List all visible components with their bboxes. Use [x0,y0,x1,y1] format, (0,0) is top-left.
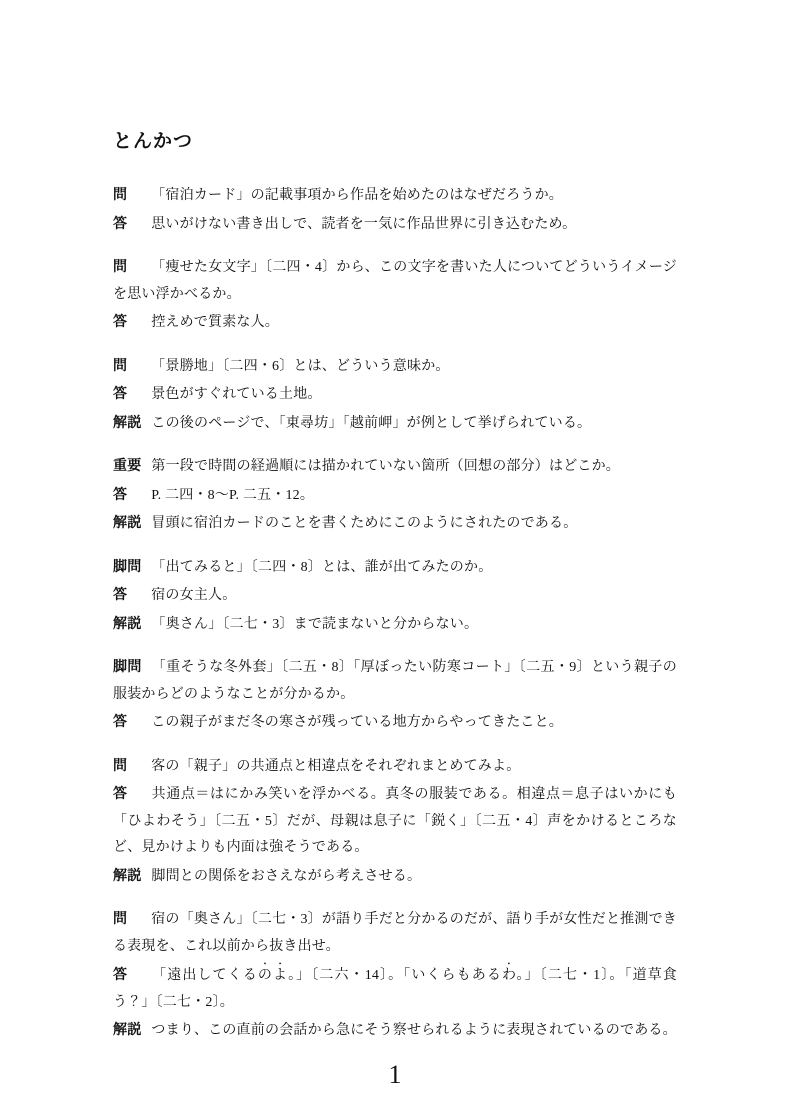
plain-text: 思いがけない書き出しで、読者を一気に作品世界に引き込むため。 [151,217,576,232]
plain-text: つまり、この直前の会話から急にそう察せられるように表現されているのである。 [151,1023,676,1038]
qa-item-label: 問 [113,910,127,926]
qa-item-label: 解説 [113,1021,141,1037]
qa-section: 問客の「親子」の共通点と相違点をそれぞれまとめてみよ。答共通点＝はにかみ笑いを浮… [113,752,677,891]
plain-text: 。」〔二六・14〕。「いくらもある [288,968,502,983]
qa-item-text: P. 二四・8〜P. 二五・12。 [151,488,314,503]
qa-item: 重要第一段で時間の経過順には描かれていない箇所（回想の部分）はどこか。 [113,452,677,481]
qa-item-label: 答 [113,966,128,982]
qa-item-text: つまり、この直前の会話から急にそう察せられるように表現されているのである。 [151,1023,676,1038]
qa-item-label: 答 [113,586,127,602]
plain-text: この後のページで、「東尋坊」「越前岬」が例として挙げられている。 [151,416,591,431]
qa-item: 解説「奥さん」〔二七・3〕まで読まないと分からない。 [113,610,677,639]
qa-item-text: 客の「親子」の共通点と相違点をそれぞれまとめてみよ。 [151,759,520,774]
qa-item-label: 答 [113,785,128,801]
plain-text: 景色がすぐれている土地。 [151,387,321,402]
plain-text: 「痩せた女文字」〔二四・4〕から、この文字を書いた人についてどういうイメージを思… [113,260,677,302]
qa-item: 解説この後のページで、「東尋坊」「越前岬」が例として挙げられている。 [113,409,677,438]
qa-item-label: 脚問 [113,558,141,574]
plain-text: 控えめで質素な人。 [151,315,279,330]
qa-item-text: 脚問との関係をおさえながら考えさせる。 [151,869,421,884]
qa-item-text: 宿の「奥さん」〔二七・3〕が語り手だと分かるのだが、語り手が女性だと推測できる表… [113,912,677,954]
page-number: 1 [113,1060,677,1090]
plain-text: 「出てみると」〔二四・8〕とは、誰が出てみたのか。 [151,560,492,575]
qa-item: 答景色がすぐれている土地。 [113,380,677,409]
qa-item: 問「痩せた女文字」〔二四・4〕から、この文字を書いた人についてどういうイメージを… [113,253,677,308]
qa-item: 問「宿泊カード」の記載事項から作品を始めたのはなぜだろうか。 [113,181,677,210]
qa-item-text: 思いがけない書き出しで、読者を一気に作品世界に引き込むため。 [151,217,576,232]
qa-item: 解説冒頭に宿泊カードのことを書くためにこのようにされたのである。 [113,509,677,538]
qa-section: 問「痩せた女文字」〔二四・4〕から、この文字を書いた人についてどういうイメージを… [113,253,677,337]
qa-item-label: 問 [113,357,127,373]
qa-item: 問宿の「奥さん」〔二七・3〕が語り手だと分かるのだが、語り手が女性だと推測できる… [113,905,677,960]
qa-item-text: 第一段で時間の経過順には描かれていない箇所（回想の部分）はどこか。 [151,459,620,474]
qa-sections: 問「宿泊カード」の記載事項から作品を始めたのはなぜだろうか。答思いがけない書き出… [113,181,677,1045]
plain-text: 宿の「奥さん」〔二七・3〕が語り手だと分かるのだが、語り手が女性だと推測できる表… [113,912,677,954]
emphasis-dotted-text: のよ [258,968,288,983]
qa-section: 問宿の「奥さん」〔二七・3〕が語り手だと分かるのだが、語り手が女性だと推測できる… [113,905,677,1045]
qa-item: 脚問「重そうな冬外套」〔二五・8〕「厚ぼったい防寒コート」〔二五・9〕という親子… [113,653,677,708]
qa-item-label: 重要 [113,457,141,473]
qa-item: 答思いがけない書き出しで、読者を一気に作品世界に引き込むため。 [113,210,677,239]
qa-item-label: 解説 [113,867,141,883]
qa-item-text: この親子がまだ冬の寒さが残っている地方からやってきたこと。 [151,715,563,730]
plain-text: 脚問との関係をおさえながら考えさせる。 [151,869,421,884]
qa-item-label: 答 [113,313,127,329]
qa-item-label: 脚問 [113,658,142,674]
qa-item-text: この後のページで、「東尋坊」「越前岬」が例として挙げられている。 [151,416,591,431]
qa-item-text: 「重そうな冬外套」〔二五・8〕「厚ぼったい防寒コート」〔二五・9〕という親子の服… [113,660,677,702]
qa-item-text: 控えめで質素な人。 [151,315,279,330]
qa-item-text: 冒頭に宿泊カードのことを書くためにこのようにされたのである。 [151,516,577,531]
qa-item: 答「遠出してくるのよ。」〔二六・14〕。「いくらもあるわ。」〔二七・1〕。「道草… [113,960,677,1016]
qa-section: 問「景勝地」〔二四・6〕とは、どういう意味か。答景色がすぐれている土地。解説この… [113,352,677,438]
qa-item-label: 問 [113,258,127,274]
plain-text: 冒頭に宿泊カードのことを書くためにこのようにされたのである。 [151,516,577,531]
qa-item-label: 解説 [113,414,141,430]
plain-text: 「重そうな冬外套」〔二五・8〕「厚ぼったい防寒コート」〔二五・9〕という親子の服… [113,660,677,702]
qa-item: 問客の「親子」の共通点と相違点をそれぞれまとめてみよ。 [113,752,677,781]
plain-text: 第一段で時間の経過順には描かれていない箇所（回想の部分）はどこか。 [151,459,620,474]
qa-item: 答控えめで質素な人。 [113,308,677,337]
qa-item-label: 問 [113,186,127,202]
qa-section: 脚問「重そうな冬外套」〔二五・8〕「厚ぼったい防寒コート」〔二五・9〕という親子… [113,653,677,737]
qa-item: 解説脚問との関係をおさえながら考えさせる。 [113,862,677,891]
qa-section: 重要第一段で時間の経過順には描かれていない箇所（回想の部分）はどこか。答P. 二… [113,452,677,538]
plain-text: 「景勝地」〔二四・6〕とは、どういう意味か。 [151,359,449,374]
qa-item: 問「景勝地」〔二四・6〕とは、どういう意味か。 [113,352,677,381]
plain-text: 宿の女主人。 [151,588,236,603]
qa-item-text: 宿の女主人。 [151,588,236,603]
plain-text: 「奥さん」〔二七・3〕まで読まないと分からない。 [151,617,478,632]
qa-item: 解説つまり、この直前の会話から急にそう察せられるように表現されているのである。 [113,1016,677,1045]
qa-item-label: 答 [113,385,127,401]
qa-section: 問「宿泊カード」の記載事項から作品を始めたのはなぜだろうか。答思いがけない書き出… [113,181,677,238]
qa-item-text: 「遠出してくるのよ。」〔二六・14〕。「いくらもあるわ。」〔二七・1〕。「道草食… [113,968,677,1010]
qa-item-text: 「宿泊カード」の記載事項から作品を始めたのはなぜだろうか。 [151,188,563,203]
qa-item-label: 答 [113,713,127,729]
qa-item: 答この親子がまだ冬の寒さが残っている地方からやってきたこと。 [113,708,677,737]
qa-item-text: 「痩せた女文字」〔二四・4〕から、この文字を書いた人についてどういうイメージを思… [113,260,677,302]
qa-item: 答P. 二四・8〜P. 二五・12。 [113,481,677,510]
qa-item-label: 解説 [113,514,141,530]
qa-item-label: 答 [113,486,127,502]
qa-item-text: 「奥さん」〔二七・3〕まで読まないと分からない。 [151,617,478,632]
qa-item: 答宿の女主人。 [113,581,677,610]
plain-text: 「遠出してくる [152,968,258,983]
qa-item: 脚問「出てみると」〔二四・8〕とは、誰が出てみたのか。 [113,553,677,582]
qa-item-text: 共通点＝はにかみ笑いを浮かべる。真冬の服装である。相違点＝息子はいかにも「ひよわ… [113,787,677,855]
plain-text: 「宿泊カード」の記載事項から作品を始めたのはなぜだろうか。 [151,188,563,203]
document-title: とんかつ [113,128,677,156]
plain-text: 客の「親子」の共通点と相違点をそれぞれまとめてみよ。 [151,759,520,774]
qa-item-text: 「出てみると」〔二四・8〕とは、誰が出てみたのか。 [151,560,492,575]
plain-text: この親子がまだ冬の寒さが残っている地方からやってきたこと。 [151,715,563,730]
plain-text: P. 二四・8〜P. 二五・12。 [151,488,314,503]
emphasis-dotted-text: わ [502,968,517,983]
qa-item-label: 解説 [113,615,141,631]
qa-item-text: 景色がすぐれている土地。 [151,387,321,402]
plain-text: 共通点＝はにかみ笑いを浮かべる。真冬の服装である。相違点＝息子はいかにも「ひよわ… [113,787,677,855]
qa-item-label: 問 [113,757,127,773]
qa-section: 脚問「出てみると」〔二四・8〕とは、誰が出てみたのか。答宿の女主人。解説「奥さん… [113,553,677,639]
qa-item-label: 答 [113,215,127,231]
qa-item: 答共通点＝はにかみ笑いを浮かべる。真冬の服装である。相違点＝息子はいかにも「ひよ… [113,780,677,862]
document-page: とんかつ 問「宿泊カード」の記載事項から作品を始めたのはなぜだろうか。答思いがけ… [0,0,790,1117]
qa-item-text: 「景勝地」〔二四・6〕とは、どういう意味か。 [151,359,449,374]
